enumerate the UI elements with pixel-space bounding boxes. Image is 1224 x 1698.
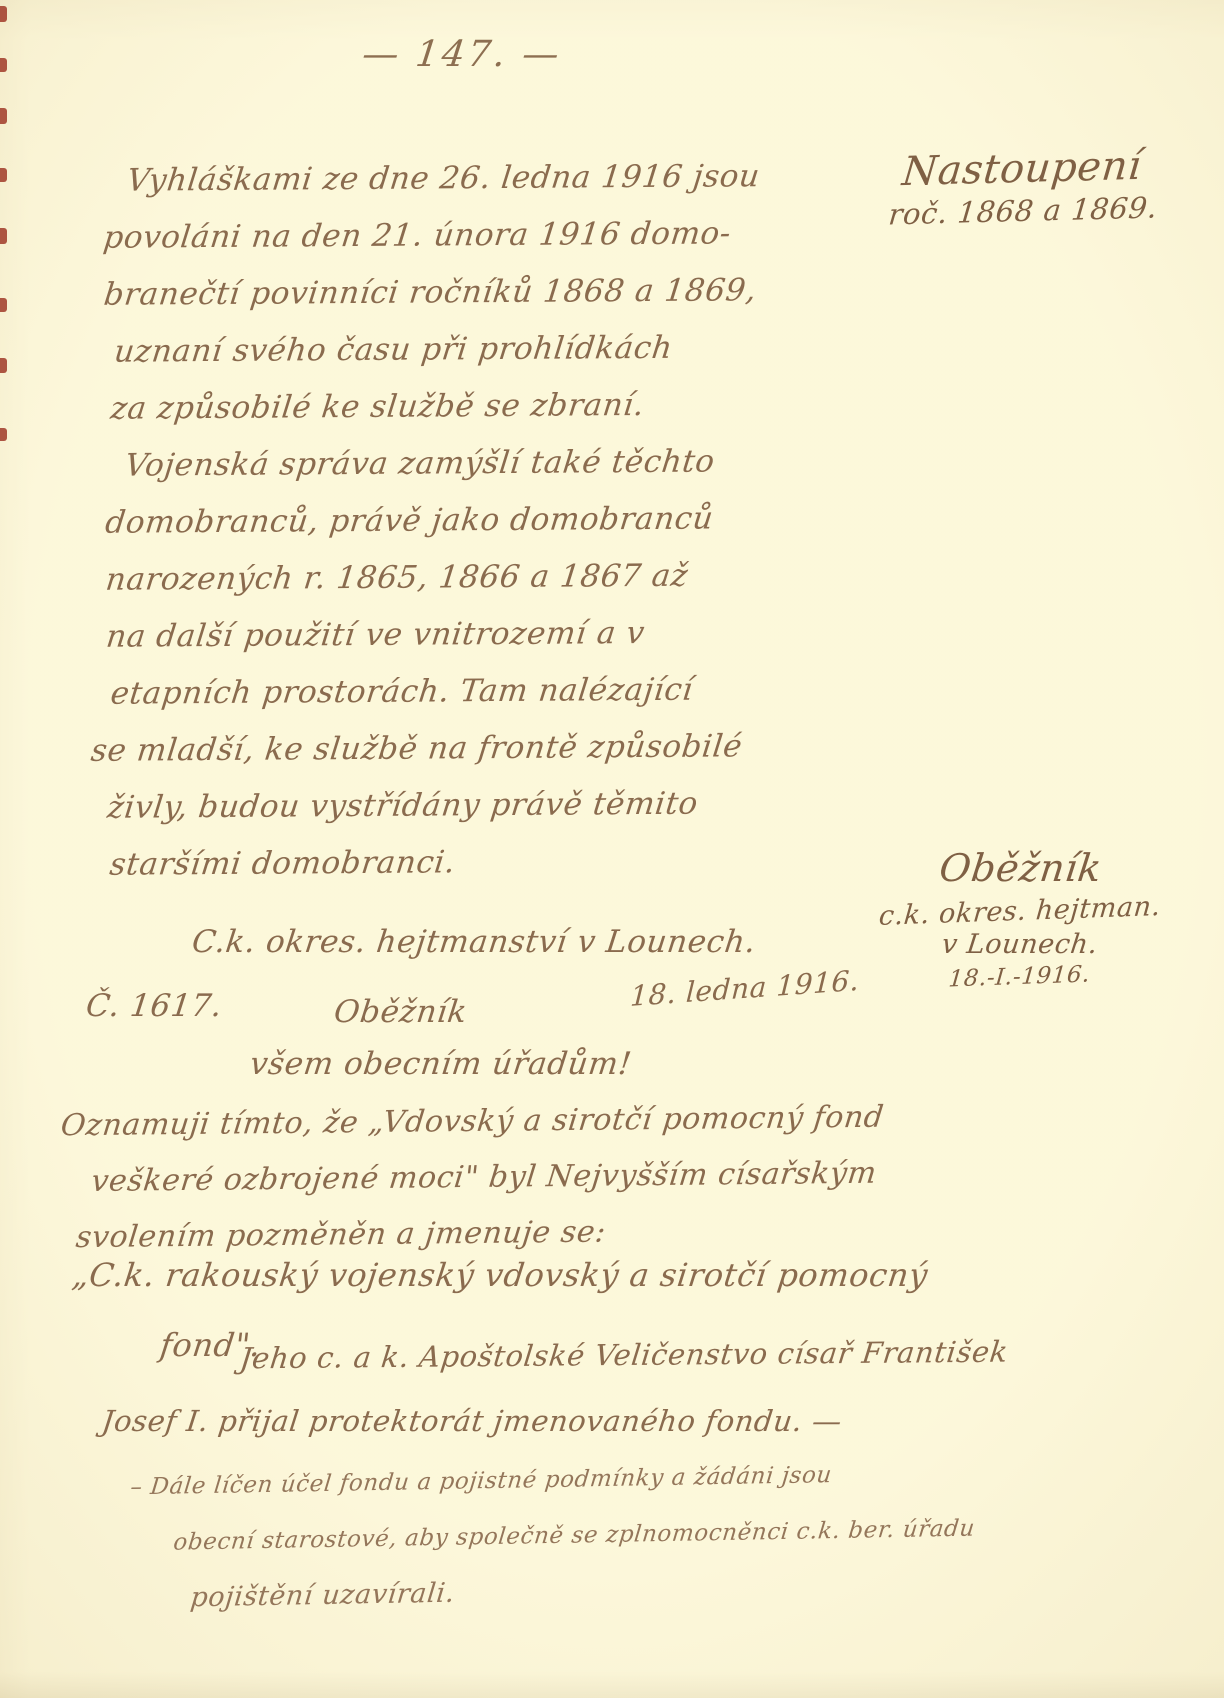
handwritten-line: veškeré ozbrojené moci" byl Nejvyšším cí… bbox=[58, 1146, 881, 1211]
handwritten-line: za způsobilé ke službě se zbraní. bbox=[101, 375, 901, 438]
handwritten-line: Vojenská správa zamýšlí také těchto bbox=[101, 432, 901, 495]
margin-note-nastoupeni: Nastoupení roč. 1868 a 1869. bbox=[859, 142, 1181, 232]
document-type: Oběžník bbox=[332, 994, 465, 1030]
margin-note-title: Oběžník bbox=[838, 846, 1198, 890]
handwritten-line: narozených r. 1865, 1866 a 1867 až bbox=[102, 546, 902, 609]
handwritten-line: se mladší, ke službě na frontě způsobilé bbox=[87, 717, 903, 780]
addendum-paragraph: – Dále líčen účel fondu a pojistné podmí… bbox=[127, 1445, 973, 1628]
handwritten-line: živly, budou vystřídány právě těmito bbox=[104, 774, 904, 837]
scan-edge-mark bbox=[0, 58, 7, 72]
margin-note-obeznik: Oběžník c.k. okres. hejtman. v Lounech. … bbox=[838, 846, 1198, 990]
handwritten-line: etapních prostorách. Tam nalézající bbox=[103, 660, 903, 723]
chronicle-page: — 147. — Vyhláškami ze dne 26. ledna 191… bbox=[0, 0, 1224, 1698]
fund-name-line: „C.k. rakouský vojenský vdovský a sirotč… bbox=[70, 1256, 925, 1294]
protectorate-line: Jeho c. a k. Apoštolské Veličenstvo císa… bbox=[238, 1335, 1006, 1376]
margin-note-authority: c.k. okres. hejtman. bbox=[838, 890, 1199, 934]
handwritten-line: staršími domobranci. bbox=[104, 831, 904, 894]
scan-edge-mark bbox=[0, 298, 7, 312]
authority-heading: C.k. okres. hejtmanství v Lounech. bbox=[190, 924, 754, 960]
scan-edge-mark bbox=[0, 168, 7, 182]
scan-edge-mark bbox=[0, 108, 7, 124]
reference-number: Č. 1617. bbox=[84, 988, 220, 1024]
scan-edge-mark bbox=[0, 228, 7, 244]
handwritten-line: branečtí povinníci ročníků 1868 a 1869, bbox=[100, 261, 900, 324]
scan-edge-mark bbox=[0, 358, 7, 373]
document-date: 18. ledna 1916. bbox=[627, 964, 858, 1013]
protectorate-line: Josef I. přijal protektorát jmenovaného … bbox=[100, 1404, 840, 1438]
salutation: všem obecním úřadům! bbox=[248, 1046, 629, 1082]
margin-note-subtitle: roč. 1868 a 1869. bbox=[860, 190, 1181, 232]
scan-edge-mark bbox=[0, 428, 7, 441]
scan-edge-mark bbox=[0, 6, 7, 22]
entry1-paragraph: Vyhláškami ze dne 26. ledna 1916 jsou po… bbox=[99, 147, 904, 894]
entry2-paragraph: Oznamuji tímto, že „Vdovský a sirotčí po… bbox=[57, 1090, 882, 1267]
handwritten-line: Vyhláškami ze dne 26. ledna 1916 jsou bbox=[99, 147, 899, 210]
handwritten-line: Oznamuji tímto, že „Vdovský a sirotčí po… bbox=[57, 1090, 880, 1155]
page-number-text: — 147. — bbox=[360, 34, 564, 75]
handwritten-line: na další použití ve vnitrozemí a v bbox=[103, 603, 903, 666]
margin-note-place: v Lounech. bbox=[838, 929, 1198, 960]
margin-note-date: 18.-I.-1916. bbox=[838, 958, 1199, 997]
page-number: — 147. — bbox=[360, 34, 559, 75]
handwritten-line: domobranců, právě jako domobranců bbox=[102, 489, 902, 552]
margin-note-title: Nastoupení bbox=[859, 142, 1180, 196]
handwritten-line: uznaní svého času při prohlídkách bbox=[101, 318, 901, 381]
handwritten-line: povoláni na den 21. února 1916 domo- bbox=[100, 204, 900, 267]
